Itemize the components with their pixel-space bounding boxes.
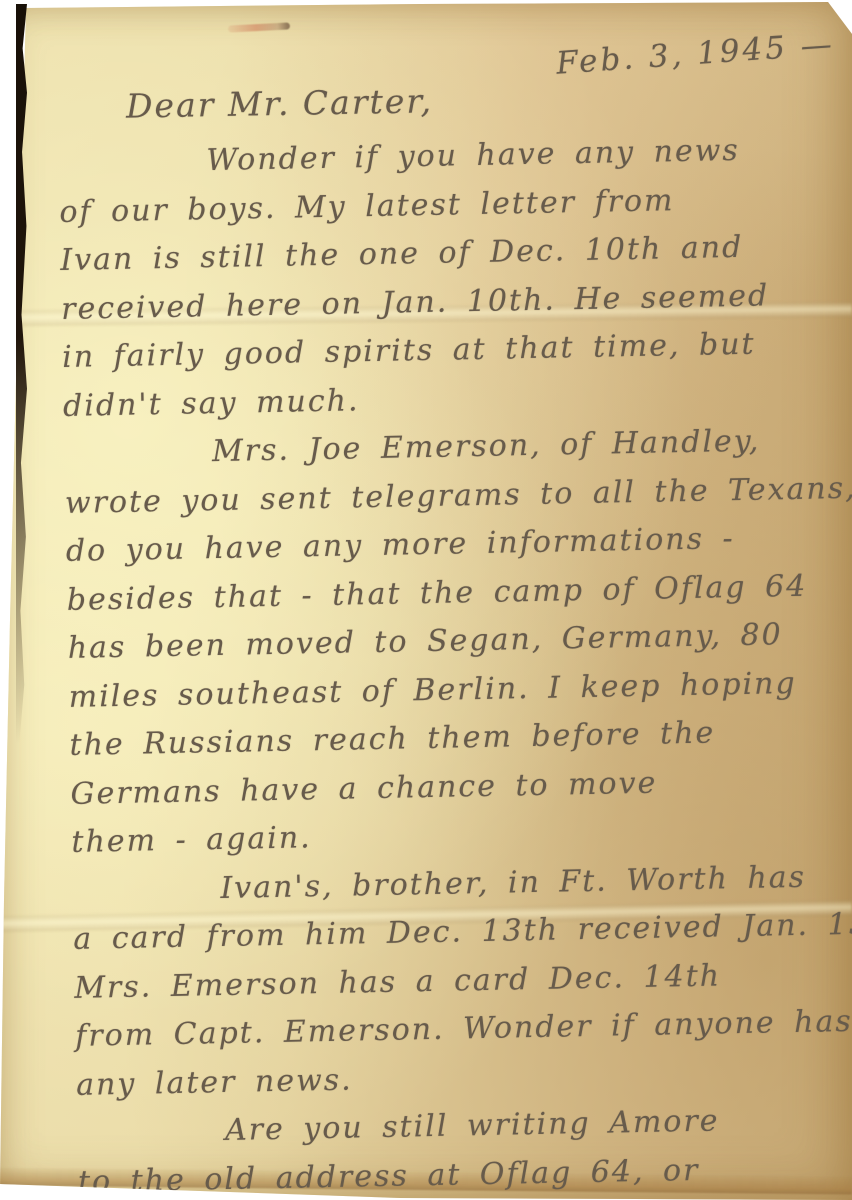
letter-salutation: Dear Mr. Carter, — [126, 81, 434, 125]
letter-body: Wonder if you have any news of our boys.… — [58, 125, 852, 1200]
letter-date: Feb. 3, 1945 — — [555, 26, 836, 81]
letter-paper: Feb. 3, 1945 — Dear Mr. Carter, Wonder i… — [0, 0, 852, 1200]
scanned-letter-page: Feb. 3, 1945 — Dear Mr. Carter, Wonder i… — [0, 0, 852, 1200]
